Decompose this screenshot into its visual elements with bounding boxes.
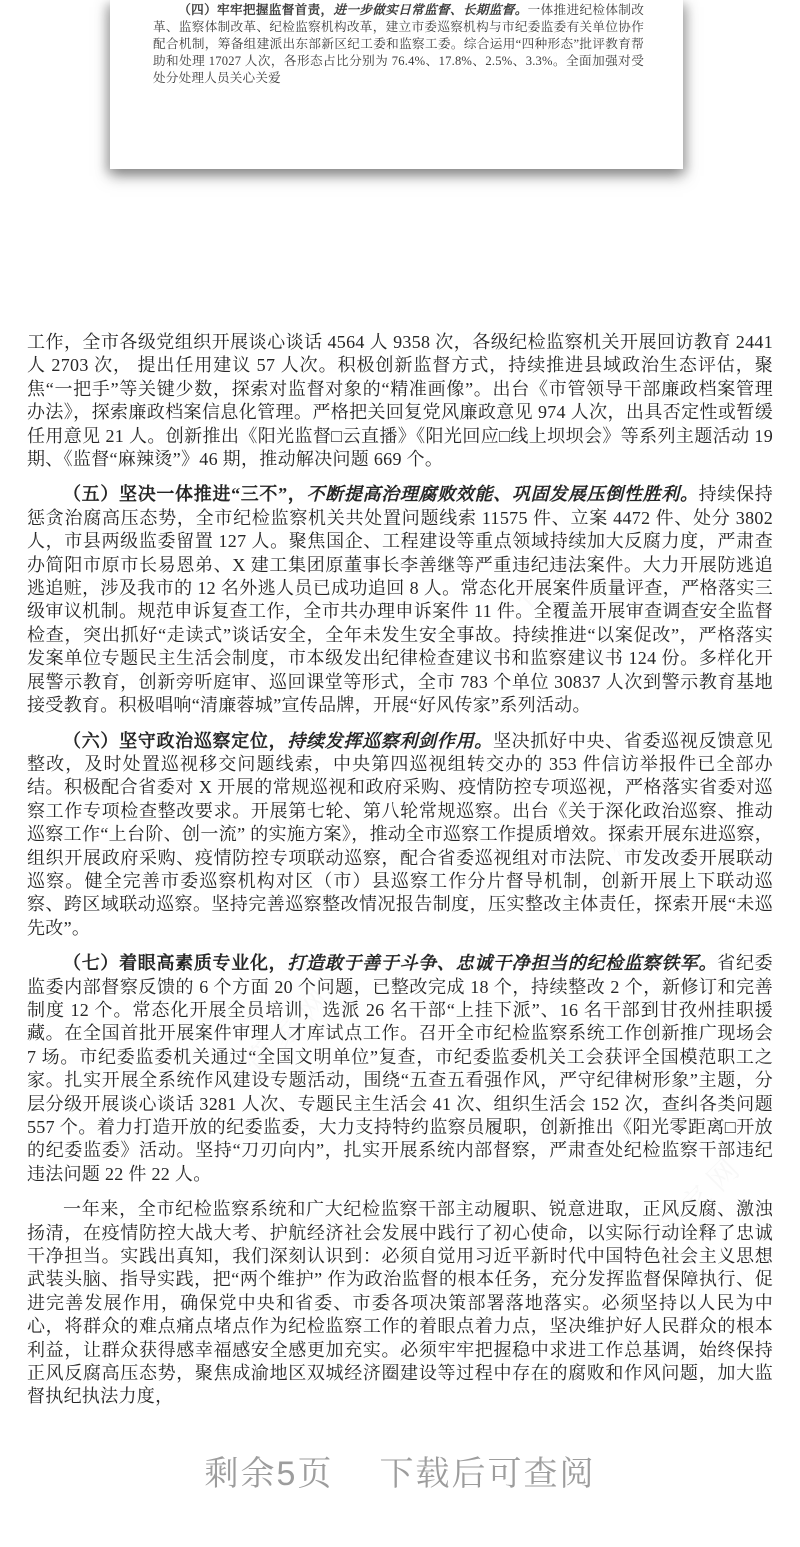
- paragraph-section-6: （六）坚守政治巡察定位，持续发挥巡察利剑作用。坚决抓好中央、省委巡视反馈意见整改…: [27, 730, 773, 941]
- paragraph-text: 省纪委监委内部督察反馈的 6 个方面 20 个问题，已整改完成 18 个，持续整…: [27, 953, 773, 1184]
- paragraph-text: 坚决抓好中央、省委巡视反馈意见整改，及时处置巡视移交问题线索，中央第四巡视组转交…: [27, 731, 773, 938]
- document-text-block: 工作，全市各级党组织开展谈心谈话 4564 人 9358 次，各级纪检监察机关开…: [27, 331, 773, 1421]
- section-heading-italic: 持续发挥巡察利剑作用。: [287, 731, 493, 751]
- page-preview-thumbnail: （四）牢牢把握监督首责，进一步做实日常监督、长期监督。一体推进纪检体制改革、监察…: [110, 0, 683, 169]
- thumbnail-section-heading-italic: 进一步做实日常监督、长期监督。: [334, 3, 528, 17]
- paragraph-section-7: （七）着眼高素质专业化，打造敢于善于斗争、忠诚干净担当的纪检监察铁军。省纪委监委…: [27, 952, 773, 1186]
- section-heading: （七）着眼高素质专业化，: [63, 953, 287, 973]
- paragraph-continuation: 工作，全市各级党组织开展谈心谈话 4564 人 9358 次，各级纪检监察机关开…: [27, 331, 773, 471]
- paragraph-section-5: （五）坚决一体推进“三不”，不断提高治理腐败效能、巩固发展压倒性胜利。持续保持惩…: [27, 483, 773, 717]
- section-heading: （五）坚决一体推进“三不”，: [63, 484, 306, 504]
- paragraph-summary: 一年来，全市纪检监察系统和广大纪检监察干部主动履职、锐意进取，正风反腐、激浊扬清…: [27, 1198, 773, 1409]
- section-heading: （六）坚守政治巡察定位，: [63, 731, 287, 751]
- section-heading-italic: 打造敢于善于斗争、忠诚干净担当的纪检监察铁军。: [287, 953, 717, 973]
- paragraph-text: 工作，全市各级党组织开展谈心谈话 4564 人 9358 次，各级纪检监察机关开…: [27, 332, 773, 469]
- remaining-pages-text: 剩余5页: [205, 1455, 334, 1493]
- section-heading-italic: 不断提高治理腐败效能、巩固发展压倒性胜利。: [306, 484, 698, 504]
- thumbnail-section-heading: （四）牢牢把握监督首责，: [178, 3, 333, 17]
- remaining-pages-footer: 剩余5页下载后可查阅: [0, 1446, 800, 1495]
- download-hint-text: 下载后可查阅: [379, 1455, 595, 1493]
- paragraph-text: 持续保持惩贪治腐高压态势，全市纪检监察机关共处置问题线索 11575 件、立案 …: [27, 484, 773, 715]
- thumbnail-paragraph: （四）牢牢把握监督首责，进一步做实日常监督、长期监督。一体推进纪检体制改革、监察…: [153, 2, 644, 87]
- paragraph-text: 一年来，全市纪检监察系统和广大纪检监察干部主动履职、锐意进取，正风反腐、激浊扬清…: [27, 1199, 773, 1406]
